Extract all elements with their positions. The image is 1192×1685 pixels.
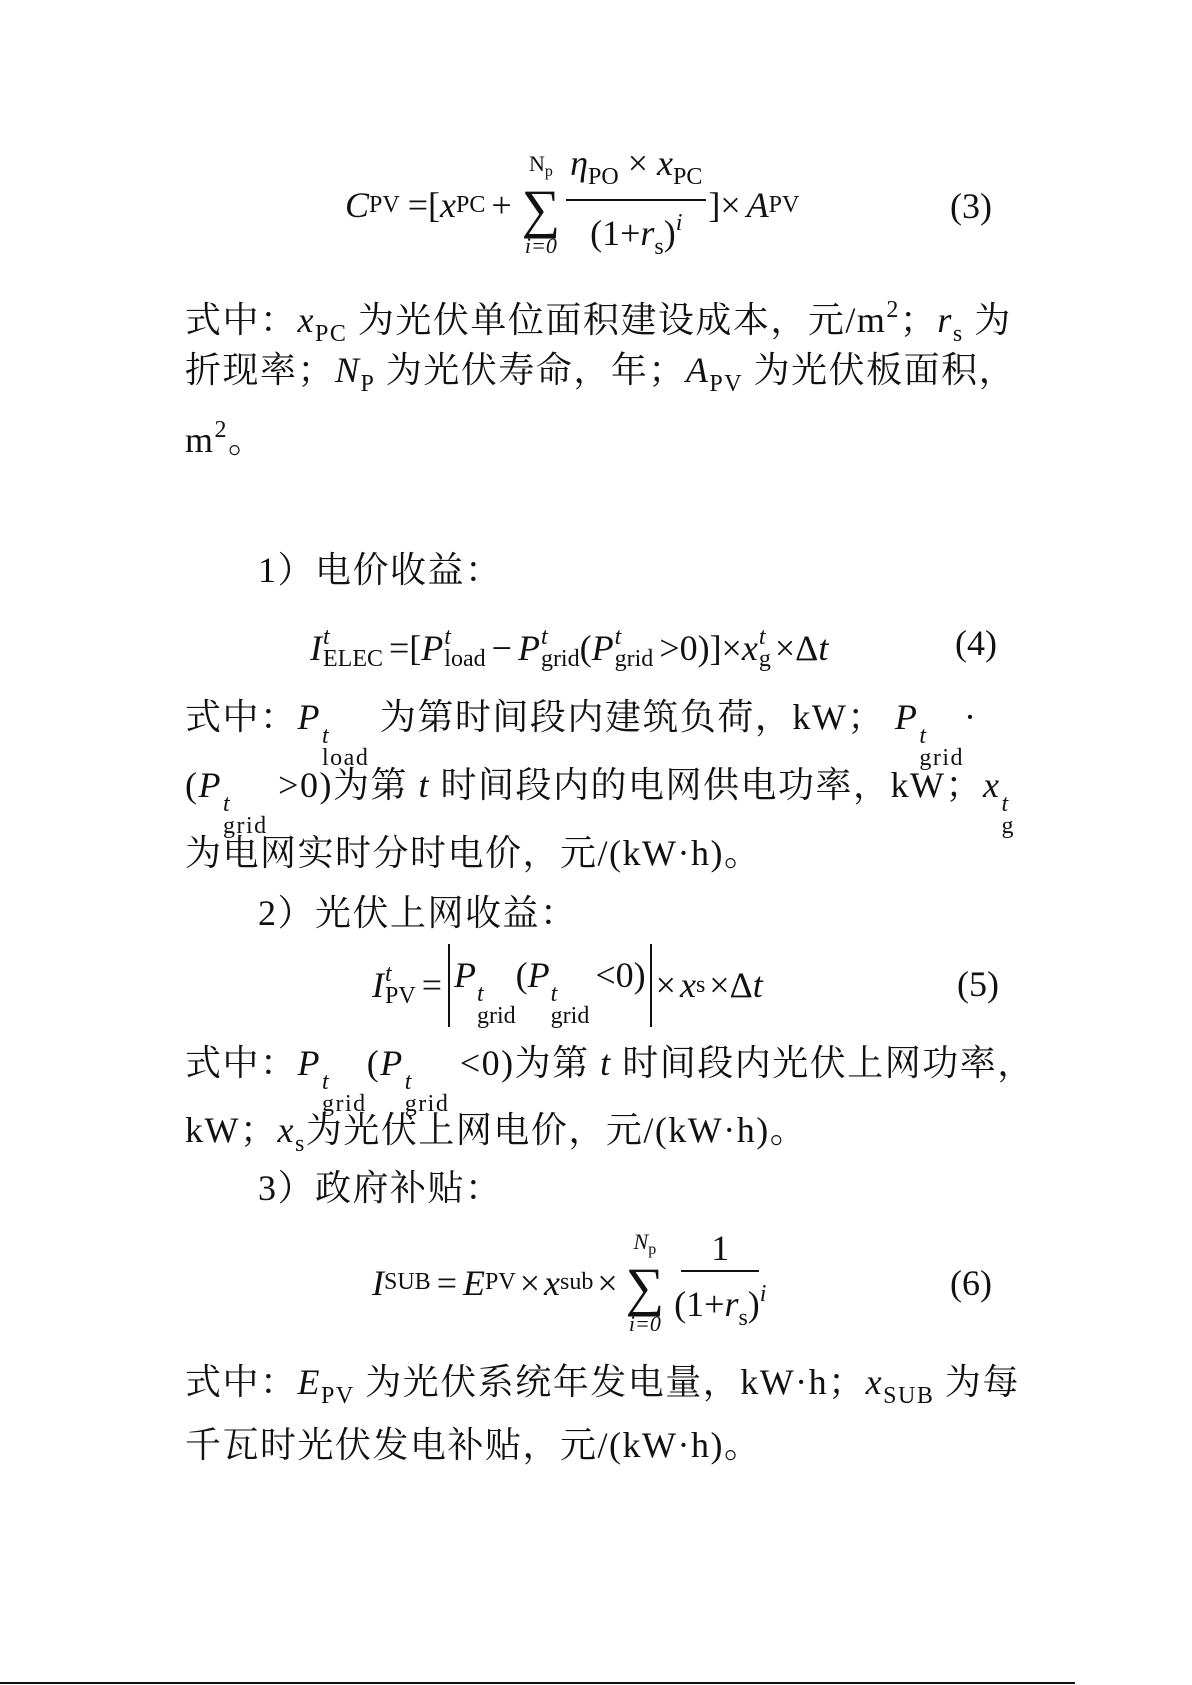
supsub: tgrid: [405, 1071, 450, 1115]
text: ；: [900, 300, 938, 340]
sup-t: t: [322, 725, 369, 747]
sup-t: t: [323, 626, 383, 648]
upper-N: N: [529, 151, 545, 176]
var-eta: η: [570, 143, 588, 183]
text: 为光伏单位面积建设成本，元/m: [347, 300, 886, 340]
sup-t: t: [477, 983, 516, 1005]
supsub: tELEC: [323, 626, 383, 670]
var-P: P: [421, 627, 443, 669]
sum-lower: i=0: [629, 1312, 661, 1336]
var-I: I: [372, 1262, 384, 1304]
var-t: t: [600, 1043, 612, 1083]
var-E: E: [298, 1362, 322, 1402]
upper-p: p: [648, 1241, 656, 1258]
times: ×: [520, 1262, 540, 1304]
gt-zero: >0)]×: [659, 627, 742, 669]
upper-p: p: [545, 163, 553, 180]
supsub: tgrid: [223, 793, 268, 837]
var-P: P: [380, 1043, 404, 1083]
text: 为光伏寿命，年；: [375, 350, 686, 390]
sup-t: t: [541, 626, 580, 648]
exp-i: i: [676, 210, 683, 236]
lt-zero: <0): [449, 1043, 514, 1083]
text: 。: [228, 420, 266, 460]
upper-N: N: [634, 1229, 649, 1254]
sup-t: t: [919, 725, 964, 747]
summation: Np ∑ i=0: [522, 152, 561, 258]
var-I: I: [372, 964, 384, 1006]
sub-g: g: [1001, 815, 1015, 837]
equation-4: ItELEC =[ Ptload − Ptgrid ( Ptgrid >0)]×…: [310, 618, 828, 678]
text: kW；: [185, 1110, 277, 1150]
var-t: t: [753, 964, 763, 1006]
paren-open: (: [185, 765, 199, 805]
var-P: P: [518, 627, 540, 669]
sup-2: 2: [886, 297, 900, 323]
supsub: tg: [1001, 793, 1015, 837]
text: 时间段内光伏上网功率，: [612, 1043, 1035, 1083]
supsub: tPV: [385, 963, 416, 1007]
var-x: x: [657, 143, 673, 183]
var-P: P: [528, 955, 550, 995]
explanation-eq4-line2: (Ptgrid >0)为第 t 时间段内的电网供电功率，kW；xtg: [185, 765, 1015, 837]
explanation-eq3-line2: 折现率；NP 为光伏寿命，年；APV 为光伏板面积，: [185, 350, 1016, 404]
explanation-eq5-line1: 式中：Ptgrid(Ptgrid <0)为第 t 时间段内光伏上网功率，: [185, 1043, 1035, 1115]
dot: ·: [964, 697, 978, 737]
minus: −: [492, 627, 512, 669]
den-close: ): [664, 213, 676, 253]
supsub: tload: [444, 626, 485, 670]
supsub: tgrid: [541, 626, 580, 670]
var-r: r: [937, 300, 953, 340]
sub-PV: PV: [485, 1269, 516, 1296]
text: m: [185, 420, 215, 460]
equation-3: CPV =[ xPC + Np ∑ i=0 ηPO × xPC (1+rs)i …: [345, 150, 799, 260]
text: 时间段内的电网供电功率，kW；: [430, 765, 983, 805]
var-t: t: [818, 627, 828, 669]
sub-load: load: [444, 648, 485, 670]
equals: =: [437, 1262, 457, 1304]
text: 式中：: [185, 1362, 298, 1402]
sub-PV: PV: [369, 192, 400, 219]
var-P: P: [454, 955, 476, 995]
sub-SUB: SUB: [883, 1383, 934, 1409]
exp-i: i: [760, 1281, 767, 1307]
section-heading-3: 3）政府补贴：: [258, 1168, 503, 1208]
explanation-eq4-line1: 式中：Ptload 为第时间段内建筑负荷，kW；Ptgrid·: [185, 697, 978, 769]
sub-grid: grid: [541, 648, 580, 670]
var-P: P: [199, 765, 223, 805]
denominator: (1+rs)i: [670, 1272, 770, 1338]
text: 为每: [934, 1362, 1020, 1402]
sub-PC: PC: [673, 164, 702, 190]
sub-grid: grid: [615, 648, 654, 670]
sup-t: t: [615, 626, 654, 648]
equation-number-5: (5): [957, 963, 999, 1005]
times: ×: [597, 1262, 617, 1304]
fraction: ηPO × xPC (1+rs)i: [566, 143, 706, 267]
var-x: x: [742, 627, 758, 669]
den-close: ): [748, 1284, 760, 1324]
explanation-eq4-line3: 为电网实时分时电价，元/(kW·h)。: [185, 833, 761, 873]
sub-PV: PV: [385, 985, 416, 1007]
supsub: tg: [759, 626, 771, 670]
absolute-value: Ptgrid(Ptgrid<0): [448, 944, 652, 1027]
sub-PV: PV: [709, 371, 743, 397]
den-open: (1+: [674, 1284, 724, 1324]
times-delta: ×Δ: [775, 627, 818, 669]
gt-zero: >0): [268, 765, 333, 805]
equals-bracket: =[: [389, 627, 421, 669]
var-r: r: [724, 1284, 738, 1324]
var-x: x: [544, 1262, 560, 1304]
text: 折现率；: [185, 350, 335, 390]
var-N: N: [335, 350, 361, 390]
text: 为光伏板面积，: [743, 350, 1016, 390]
summation: Np ∑ i=0: [626, 1230, 665, 1336]
page-bottom-rule: [0, 1682, 1075, 1684]
sub-PV: PV: [769, 192, 800, 219]
var-x: x: [298, 300, 315, 340]
sub-PO: PO: [588, 164, 619, 190]
sub-SUB: SUB: [384, 1269, 431, 1296]
supsub: tgrid: [322, 1071, 367, 1115]
var-P: P: [298, 697, 322, 737]
supsub: tgrid: [477, 983, 516, 1027]
var-I: I: [310, 627, 322, 669]
text: 为光伏系统年发电量，kW·h；: [355, 1362, 866, 1402]
text: 为光伏上网电价，元/(kW·h)。: [306, 1110, 807, 1150]
sup-t: t: [444, 626, 485, 648]
supsub: tgrid: [551, 983, 590, 1027]
sub-ELEC: ELEC: [323, 648, 383, 670]
sup-t: t: [223, 793, 268, 815]
sup-t: t: [385, 963, 416, 985]
sigma-icon: ∑: [522, 184, 561, 234]
equation-number-3: (3): [950, 185, 992, 227]
paren-open: (: [367, 1043, 381, 1083]
var-P: P: [298, 1043, 322, 1083]
sub-s: s: [654, 234, 663, 260]
supsub: tgrid: [615, 626, 654, 670]
sub-s: s: [953, 321, 964, 347]
equals: =: [422, 964, 442, 1006]
var-x: x: [440, 184, 456, 226]
sub-PV: PV: [321, 1383, 355, 1409]
equation-number-6: (6): [950, 1262, 992, 1304]
var-r: r: [640, 213, 654, 253]
equation-number-4: (4): [955, 622, 997, 664]
explanation-eq5-line2: kW；xs为光伏上网电价，元/(kW·h)。: [185, 1110, 807, 1164]
var-x: x: [983, 765, 1000, 805]
sub-P: P: [361, 371, 376, 397]
sub-grid: grid: [551, 1005, 590, 1027]
var-C: C: [345, 184, 369, 226]
text: 式中：: [185, 1043, 298, 1083]
var-P: P: [592, 627, 614, 669]
var-P: P: [895, 697, 919, 737]
times: ×: [656, 964, 676, 1006]
text: 为第: [515, 1043, 601, 1083]
equation-6: ISUB = EPV × xsub × Np ∑ i=0 1 (1+rs)i: [372, 1225, 772, 1340]
sum-lower: i=0: [525, 234, 557, 258]
section-heading-2: 2）光伏上网收益：: [258, 893, 578, 933]
sub-PC: PC: [315, 321, 347, 347]
equation-5: ItPV = Ptgrid(Ptgrid<0) × xs ×Δt: [372, 950, 763, 1020]
times-delta: ×Δ: [709, 964, 752, 1006]
sub-sub: sub: [560, 1269, 593, 1296]
plus: +: [491, 184, 511, 226]
text: 为第: [333, 765, 419, 805]
sub-s: s: [295, 1131, 306, 1157]
sup-t: t: [551, 983, 590, 1005]
explanation-eq6-line1: 式中：EPV 为光伏系统年发电量，kW·h；xSUB 为每: [185, 1362, 1020, 1416]
var-x: x: [866, 1362, 883, 1402]
explanation-eq6-line2: 千瓦时光伏发电补贴，元/(kW·h)。: [185, 1425, 761, 1465]
sup-2: 2: [215, 417, 229, 443]
denominator: (1+rs)i: [586, 201, 686, 267]
paren-open: (: [580, 627, 592, 669]
text: 为第时间段内建筑负荷，kW；: [369, 697, 884, 737]
text: 式中：: [185, 697, 298, 737]
paren-open: (: [516, 955, 528, 995]
sub-grid: grid: [477, 1005, 516, 1027]
numerator: 1: [681, 1228, 759, 1272]
supsub: tgrid: [919, 725, 964, 769]
text: 式中：: [185, 300, 298, 340]
var-E: E: [463, 1262, 485, 1304]
var-A: A: [686, 350, 710, 390]
var-A: A: [747, 184, 769, 226]
times: ×: [628, 143, 648, 183]
var-x: x: [680, 964, 696, 1006]
sup-t: t: [322, 1071, 367, 1093]
sub-s: s: [738, 1305, 747, 1331]
sup-t: t: [759, 626, 771, 648]
bracket-times: ]×: [708, 184, 740, 226]
fraction: 1 (1+rs)i: [670, 1228, 770, 1338]
supsub: tload: [322, 725, 369, 769]
section-heading-1: 1）电价收益：: [258, 550, 503, 590]
sup-t: t: [1001, 793, 1015, 815]
sigma-icon: ∑: [626, 1262, 665, 1312]
text: 为: [964, 300, 1012, 340]
var-x: x: [277, 1110, 294, 1150]
den-open: (1+: [590, 213, 640, 253]
numerator: ηPO × xPC: [566, 143, 706, 201]
equals-bracket: =[: [408, 184, 440, 226]
sub-s: s: [696, 972, 705, 999]
explanation-eq3-line3: m2。: [185, 410, 266, 460]
explanation-eq3-line1: 式中：xPC 为光伏单位面积建设成本，元/m2；rs 为: [185, 290, 1012, 354]
sub-PC: PC: [456, 192, 485, 219]
sub-g: g: [759, 648, 771, 670]
sup-t: t: [405, 1071, 450, 1093]
var-t: t: [418, 765, 430, 805]
lt-zero: <0): [595, 955, 645, 995]
